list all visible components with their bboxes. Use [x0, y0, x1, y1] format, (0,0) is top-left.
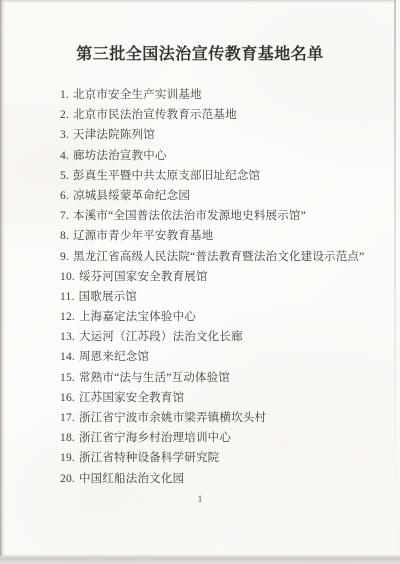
- scanned-document: 第三批全国法治宣传教育基地名单 1.北京市安全生产实训基地2.北京市民法治宣传教…: [0, 0, 400, 564]
- scan-edge-right-glow: [396, 0, 400, 554]
- item-label: 本溪市“全国普法依法治市发源地史料展示馆”: [73, 210, 306, 222]
- item-label: 江苏国家安全教育馆: [79, 392, 184, 404]
- item-label: 常熟市“法与生活”互动体验馆: [79, 372, 230, 384]
- item-label: 北京市安全生产实训基地: [73, 89, 202, 101]
- item-label: 彭真生平暨中共太原支部旧址纪念馆: [73, 170, 260, 182]
- item-label: 大运河（江苏段）法治文化长廊: [79, 331, 243, 343]
- list-item: 4.廊坊法治宣教中心: [60, 146, 386, 166]
- item-number: 17.: [60, 408, 75, 428]
- item-label: 国歌展示馆: [79, 291, 138, 303]
- item-number: 14.: [60, 347, 75, 367]
- list-item: 5.彭真生平暨中共太原支部旧址纪念馆: [60, 166, 386, 186]
- base-list: 1.北京市安全生产实训基地2.北京市民法治宣传教育示范基地3.天津法院陈列馆4.…: [60, 85, 386, 489]
- item-number: 11.: [60, 287, 75, 307]
- item-number: 9.: [60, 247, 69, 267]
- list-item: 19.浙江省特种设备科学研究院: [60, 448, 386, 468]
- item-number: 6.: [60, 186, 69, 206]
- list-item: 16.江苏国家安全教育馆: [60, 388, 386, 408]
- item-number: 3.: [60, 125, 69, 145]
- list-item: 2.北京市民法治宣传教育示范基地: [60, 105, 386, 125]
- scan-edge-top: [0, 0, 400, 3]
- item-label: 浙江省宁海乡村治理培训中心: [79, 432, 231, 444]
- item-label: 浙江省特种设备科学研究院: [79, 452, 219, 464]
- item-label: 辽源市青少年平安教育基地: [73, 230, 213, 242]
- scan-edge-bottom: [0, 554, 400, 564]
- item-number: 10.: [60, 267, 75, 287]
- item-label: 廊坊法治宣教中心: [73, 150, 167, 162]
- item-label: 天津法院陈列馆: [73, 129, 155, 141]
- list-item: 9.黑龙江省高级人民法院“普法教育暨法治文化建设示范点”: [60, 247, 386, 267]
- list-item: 20.中国红船法治文化园: [60, 469, 386, 489]
- item-label: 中国红船法治文化园: [79, 473, 184, 485]
- item-label: 绥芬河国家安全教育展馆: [79, 271, 208, 283]
- scan-edge-left: [0, 0, 5, 556]
- page-number: 1: [0, 494, 400, 504]
- list-item: 15.常熟市“法与生活”互动体验馆: [60, 368, 386, 388]
- list-item: 12.上海嘉定法宝体验中心: [60, 307, 386, 327]
- list-item: 6.凉城县绥蒙革命纪念园: [60, 186, 386, 206]
- item-number: 5.: [60, 166, 69, 186]
- item-number: 12.: [60, 307, 75, 327]
- list-item: 13.大运河（江苏段）法治文化长廊: [60, 327, 386, 347]
- item-number: 2.: [60, 105, 69, 125]
- list-item: 8.辽源市青少年平安教育基地: [60, 226, 386, 246]
- list-item: 3.天津法院陈列馆: [60, 125, 386, 145]
- item-number: 13.: [60, 327, 75, 347]
- list-item: 11.国歌展示馆: [60, 287, 386, 307]
- item-label: 浙江省宁波市余姚市梁弄镇横坎头村: [79, 412, 266, 424]
- item-number: 18.: [60, 428, 75, 448]
- list-item: 17.浙江省宁波市余姚市梁弄镇横坎头村: [60, 408, 386, 428]
- item-number: 20.: [60, 469, 75, 489]
- item-label: 凉城县绥蒙革命纪念园: [73, 190, 190, 202]
- list-item: 10.绥芬河国家安全教育展馆: [60, 267, 386, 287]
- item-number: 1.: [60, 85, 69, 105]
- item-label: 周恩来纪念馆: [79, 351, 149, 363]
- item-label: 黑龙江省高级人民法院“普法教育暨法治文化建设示范点”: [73, 251, 364, 263]
- item-number: 16.: [60, 388, 75, 408]
- item-number: 7.: [60, 206, 69, 226]
- list-item: 7.本溪市“全国普法依法治市发源地史料展示馆”: [60, 206, 386, 226]
- item-label: 北京市民法治宣传教育示范基地: [73, 109, 237, 121]
- scan-edge-right: [394, 0, 396, 554]
- item-number: 8.: [60, 226, 69, 246]
- item-number: 19.: [60, 448, 75, 468]
- item-label: 上海嘉定法宝体验中心: [79, 311, 196, 323]
- item-number: 15.: [60, 368, 75, 388]
- item-number: 4.: [60, 146, 69, 166]
- page-title: 第三批全国法治宣传教育基地名单: [0, 41, 400, 64]
- list-item: 14.周恩来纪念馆: [60, 347, 386, 367]
- list-item: 18.浙江省宁海乡村治理培训中心: [60, 428, 386, 448]
- list-item: 1.北京市安全生产实训基地: [60, 85, 386, 105]
